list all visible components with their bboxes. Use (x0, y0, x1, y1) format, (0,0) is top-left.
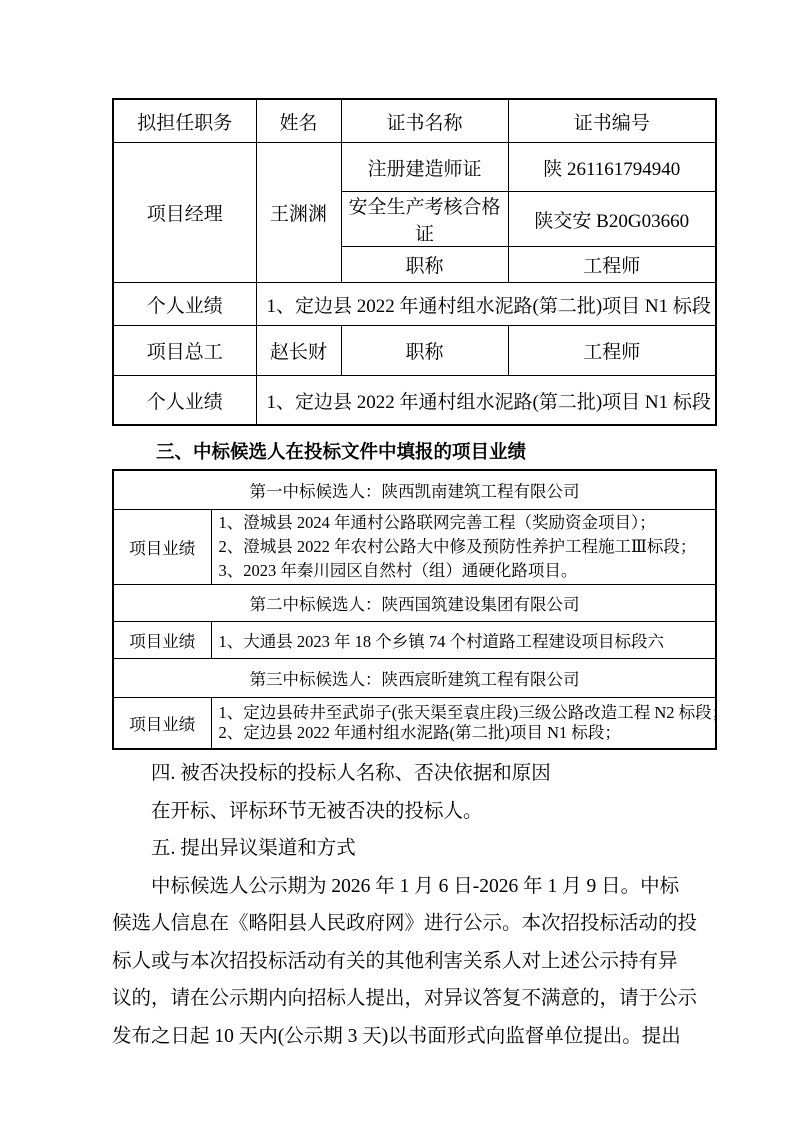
achievement-line: 1、澄城县 2024 年通村公路联网完善工程（奖励资金项目）； (219, 511, 716, 535)
manager-achievement-row: 个人业绩 1、定边县 2022 年通村组水泥路(第二批)项目 N1 标段 (113, 283, 716, 326)
candidate2-header-row: 第二中标候选人：陕西国筑建设集团有限公司 (113, 585, 716, 622)
chief-engineer-row: 项目总工 赵长财 职称 工程师 (113, 326, 716, 376)
header-cell-cert-name: 证书名称 (341, 99, 508, 143)
candidate3-achievement-row: 项目业绩 1、定边县砖井至武峁子(张天渠至袁庄段)三级公路改造工程 N2 标段；… (113, 698, 716, 750)
chief-position-cell: 项目总工 (113, 326, 256, 376)
achievement-value-cell: 1、定边县 2022 年通村组水泥路(第二批)项目 N1 标段 (256, 376, 716, 426)
achievement-value-cell: 1、定边县 2022 年通村组水泥路(第二批)项目 N1 标段 (256, 283, 716, 326)
cert-number-cell: 陕交安 B20G03660 (508, 192, 716, 247)
achievement-label-cell: 项目业绩 (113, 510, 211, 585)
cert-number-cell: 工程师 (508, 247, 716, 283)
achievement-line: 2、定边县 2022 年通村组水泥路(第二批)项目 N1 标段； (219, 723, 716, 743)
manager-row: 项目经理 王渊渊 注册建造师证 陕 261161794940 (113, 143, 716, 192)
achievement-label-cell: 项目业绩 (113, 698, 211, 750)
paragraph-line: 发布之日起 10 天内(公示期 3 天)以书面形式向监督单位提出。提出 (112, 1018, 715, 1056)
candidate1-header-row: 第一中标候选人：陕西凯南建筑工程有限公司 (113, 470, 716, 510)
cert-name-cell: 注册建造师证 (341, 143, 508, 192)
achievement-lines-cell: 1、大通县 2023 年 18 个乡镇 74 个村道路工程建设项目标段六 (211, 622, 716, 659)
chief-name-cell: 赵长财 (256, 326, 341, 376)
achievement-line: 2、澄城县 2022 年农村公路大中修及预防性养护工程施工Ⅲ标段； (219, 535, 716, 559)
paragraph-line: 中标候选人公示期为 2026 年 1 月 6 日-2026 年 1 月 9 日。… (112, 868, 715, 906)
manager-position-cell: 项目经理 (113, 143, 256, 283)
achievement-label-cell: 项目业绩 (113, 622, 211, 659)
candidate-header-cell: 第二中标候选人：陕西国筑建设集团有限公司 (113, 585, 716, 622)
paragraph-line: 候选人信息在《略阳县人民政府网》进行公示。本次招投标活动的投 (112, 905, 715, 943)
candidate3-header-row: 第三中标候选人：陕西宸昕建筑工程有限公司 (113, 659, 716, 698)
document-content: 拟担任职务 姓名 证书名称 证书编号 项目经理 王渊渊 注册建造师证 陕 261… (112, 0, 715, 1055)
manager-name-cell: 王渊渊 (256, 143, 341, 283)
achievement-line: 3、2023 年秦川园区自然村（组）通硬化路项目。 (219, 559, 716, 583)
achievement-line: 1、定边县砖井至武峁子(张天渠至袁庄段)三级公路改造工程 N2 标段； (219, 703, 716, 723)
cert-number-cell: 工程师 (508, 326, 716, 376)
achievement-label-cell: 个人业绩 (113, 376, 256, 426)
paragraph-line: 议的，请在公示期内向招标人提出，对异议答复不满意的，请于公示 (112, 980, 715, 1018)
document-page: 拟担任职务 姓名 证书名称 证书编号 项目经理 王渊渊 注册建造师证 陕 261… (0, 0, 793, 1122)
achievement-label-cell: 个人业绩 (113, 283, 256, 326)
header-cell-name: 姓名 (256, 99, 341, 143)
candidates-table: 第一中标候选人：陕西凯南建筑工程有限公司 项目业绩 1、澄城县 2024 年通村… (112, 469, 717, 750)
achievement-lines-cell: 1、澄城县 2024 年通村公路联网完善工程（奖励资金项目）； 2、澄城县 20… (211, 510, 716, 585)
section4-body: 在开标、评标环节无被否决的投标人。 (112, 793, 715, 831)
cert-name-cell: 安全生产考核合格证 (341, 192, 508, 247)
section4-heading: 四. 被否决投标的投标人名称、否决依据和原因 (112, 755, 715, 793)
cert-name-cell: 职称 (341, 326, 508, 376)
header-cell-cert-number: 证书编号 (508, 99, 716, 143)
candidate-header-cell: 第一中标候选人：陕西凯南建筑工程有限公司 (113, 470, 716, 510)
header-cell-position: 拟担任职务 (113, 99, 256, 143)
candidate-header-cell: 第三中标候选人：陕西宸昕建筑工程有限公司 (113, 659, 716, 698)
candidate1-achievement-row: 项目业绩 1、澄城县 2024 年通村公路联网完善工程（奖励资金项目）； 2、澄… (113, 510, 716, 585)
sections-4-5: 四. 被否决投标的投标人名称、否决依据和原因 在开标、评标环节无被否决的投标人。… (112, 755, 715, 1055)
section3-heading: 三、中标候选人在投标文件中填报的项目业绩 (112, 439, 715, 467)
section5-heading: 五. 提出异议渠道和方式 (112, 830, 715, 868)
achievement-lines-cell: 1、定边县砖井至武峁子(张天渠至袁庄段)三级公路改造工程 N2 标段； 2、定边… (211, 698, 716, 750)
personnel-table: 拟担任职务 姓名 证书名称 证书编号 项目经理 王渊渊 注册建造师证 陕 261… (112, 98, 717, 426)
chief-achievement-row: 个人业绩 1、定边县 2022 年通村组水泥路(第二批)项目 N1 标段 (113, 376, 716, 426)
cert-name-cell: 职称 (341, 247, 508, 283)
candidate2-achievement-row: 项目业绩 1、大通县 2023 年 18 个乡镇 74 个村道路工程建设项目标段… (113, 622, 716, 659)
cert-number-cell: 陕 261161794940 (508, 143, 716, 192)
paragraph-line: 标人或与本次招投标活动有关的其他利害关系人对上述公示持有异 (112, 943, 715, 981)
personnel-header-row: 拟担任职务 姓名 证书名称 证书编号 (113, 99, 716, 143)
